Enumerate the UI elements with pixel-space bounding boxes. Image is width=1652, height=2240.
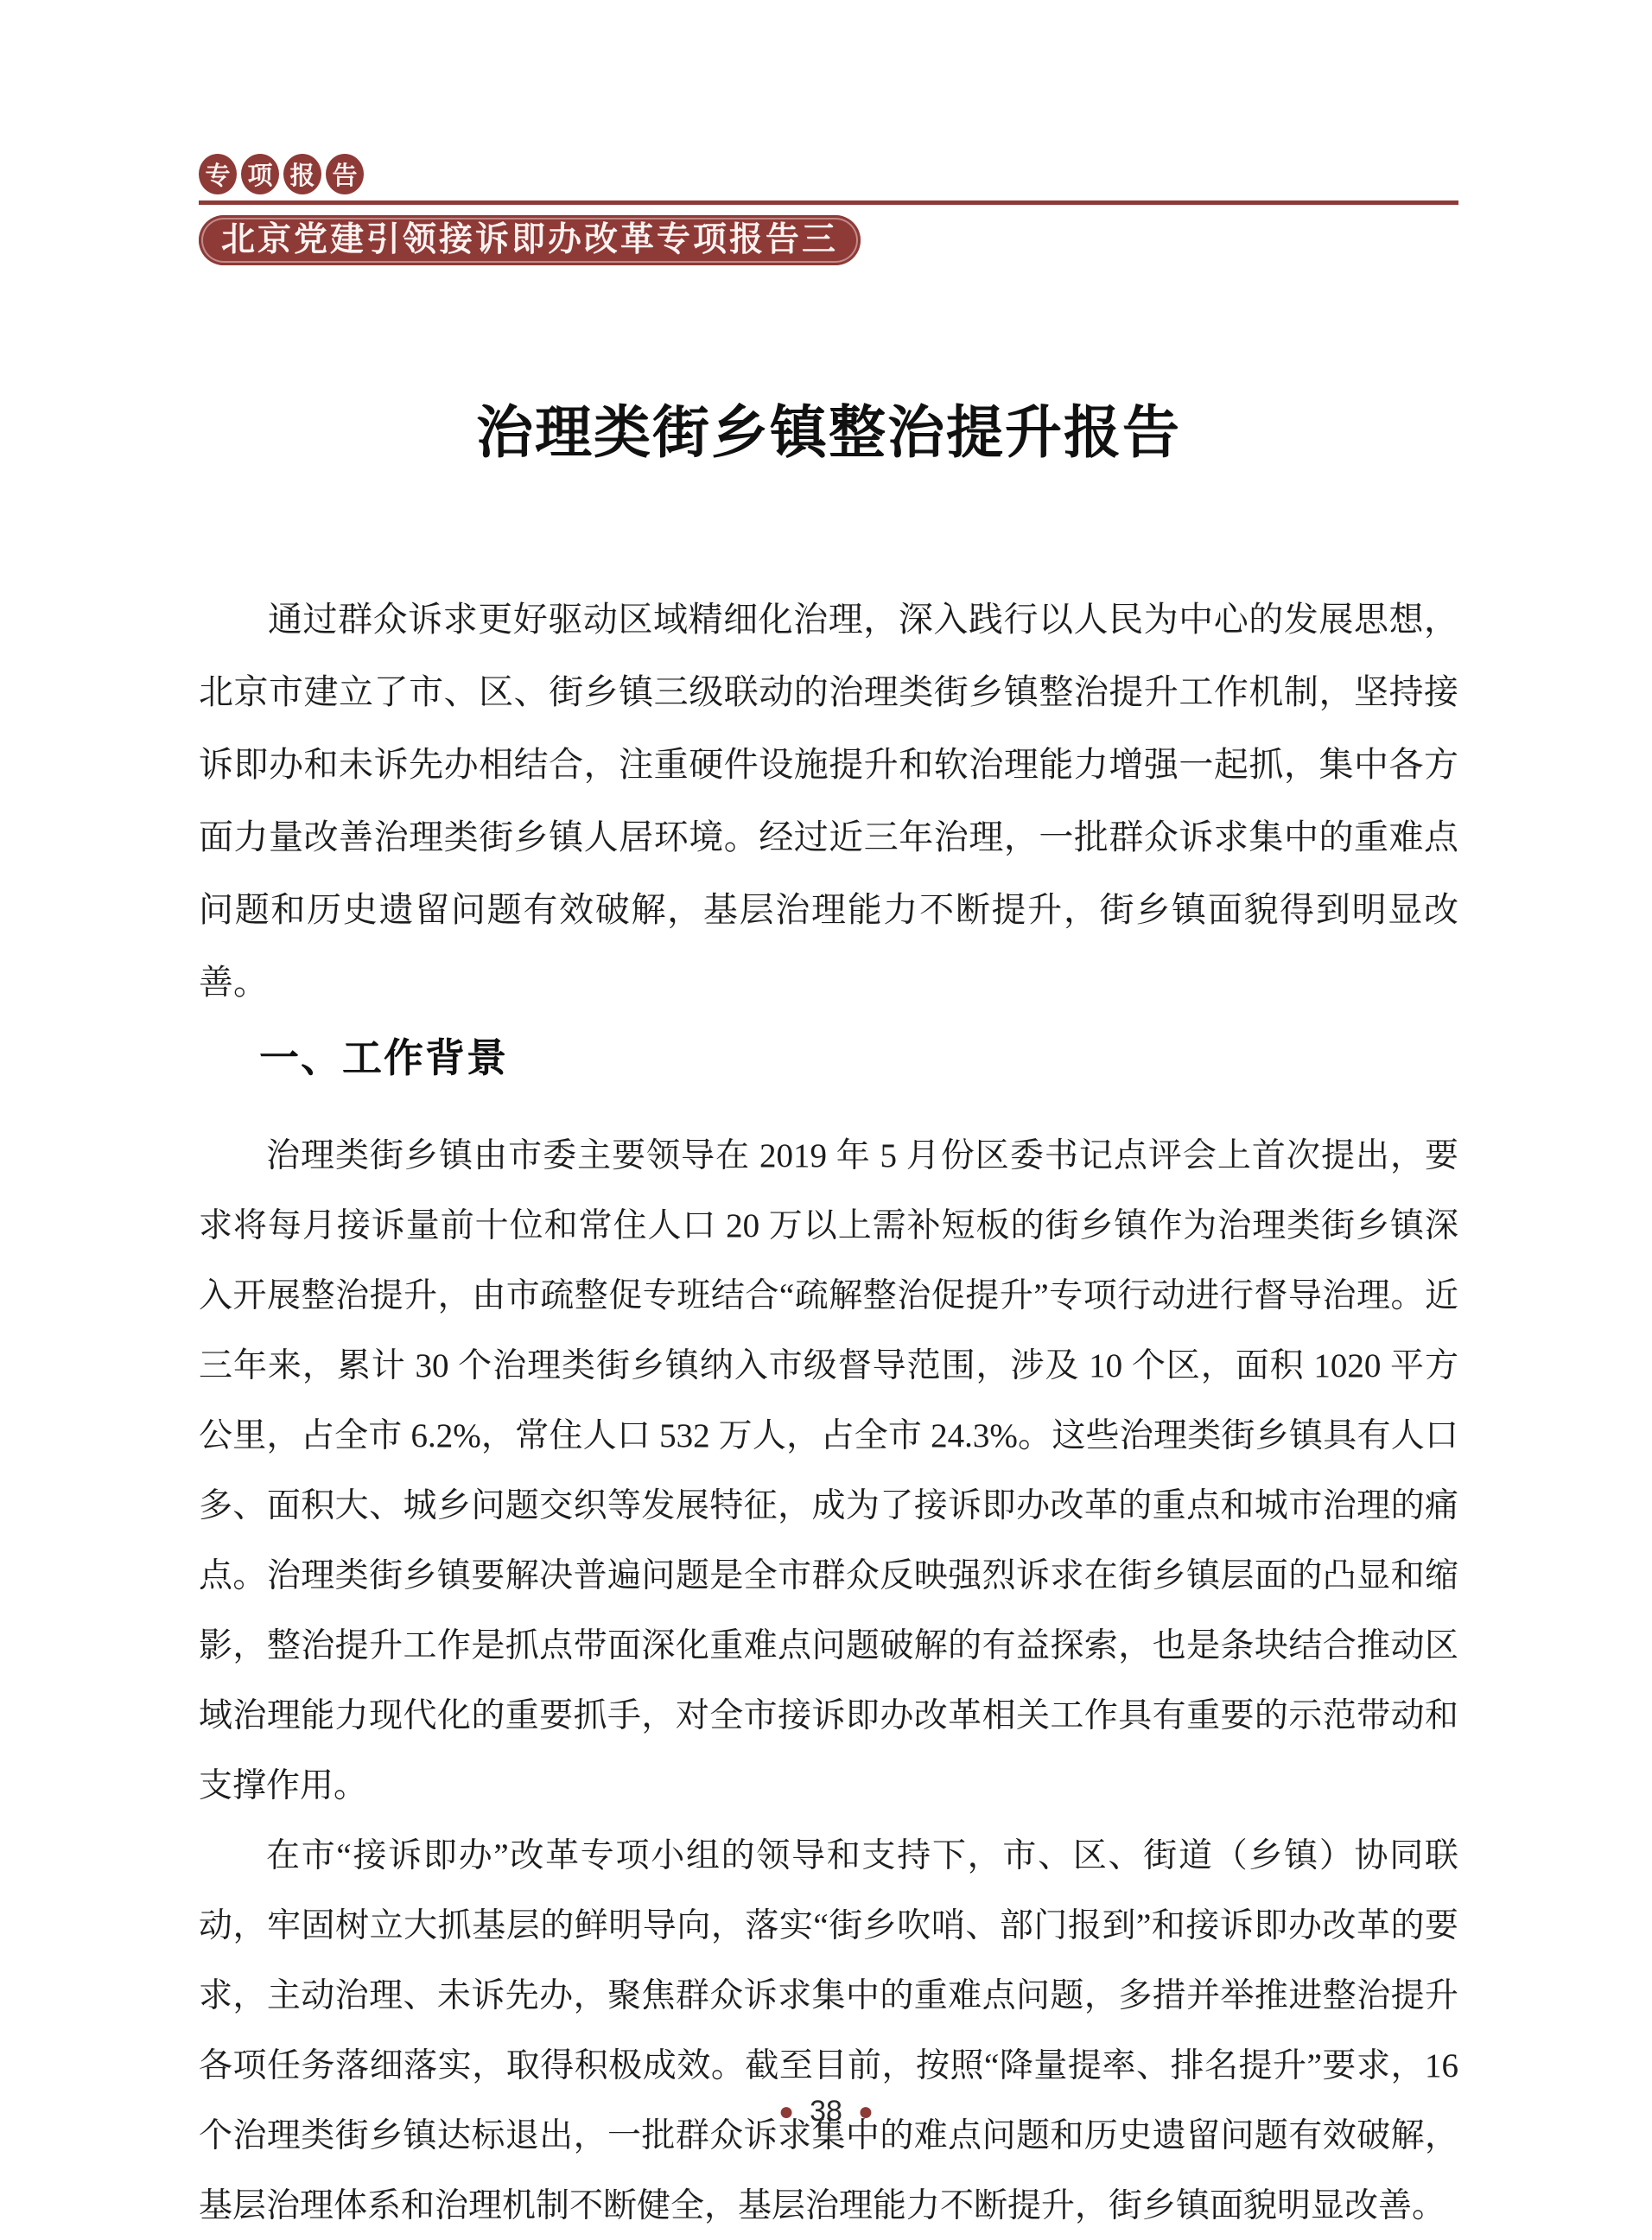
footer-dot-left: ● xyxy=(778,2097,794,2127)
intro-paragraph: 通过群众诉求更好驱动区域精细化治理，深入践行以人民为中心的发展思想，北京市建立了… xyxy=(199,583,1458,1019)
series-badge: 北京党建引领接诉即办改革专项报告三 xyxy=(199,215,861,265)
section-heading-work-background: 一、工作背景 xyxy=(259,1031,1458,1085)
footer-dot-right: ● xyxy=(858,2097,874,2127)
page-footer: ● 38 ● xyxy=(0,2095,1652,2129)
logo-char-circle: 报 xyxy=(283,154,321,194)
page-number: 38 xyxy=(810,2095,842,2129)
body-paragraph: 在市“接诉即办”改革专项小组的领导和支持下，市、区、街道（乡镇）协同联动，牢固树… xyxy=(199,1821,1458,2240)
logo-char-circle: 告 xyxy=(326,154,364,194)
report-type-logo: 专 项 报 告 xyxy=(199,154,1458,194)
page-title: 治理类街乡镇整治提升报告 xyxy=(199,393,1458,471)
body-paragraph: 治理类街乡镇由市委主要领导在 2019 年 5 月份区委书记点评会上首次提出，要… xyxy=(199,1121,1458,1821)
logo-char-circle: 专 xyxy=(199,154,237,194)
logo-char-circle: 项 xyxy=(241,154,279,194)
report-page: 专 项 报 告 北京党建引领接诉即办改革专项报告三 治理类街乡镇整治提升报告 通… xyxy=(199,0,1458,2240)
